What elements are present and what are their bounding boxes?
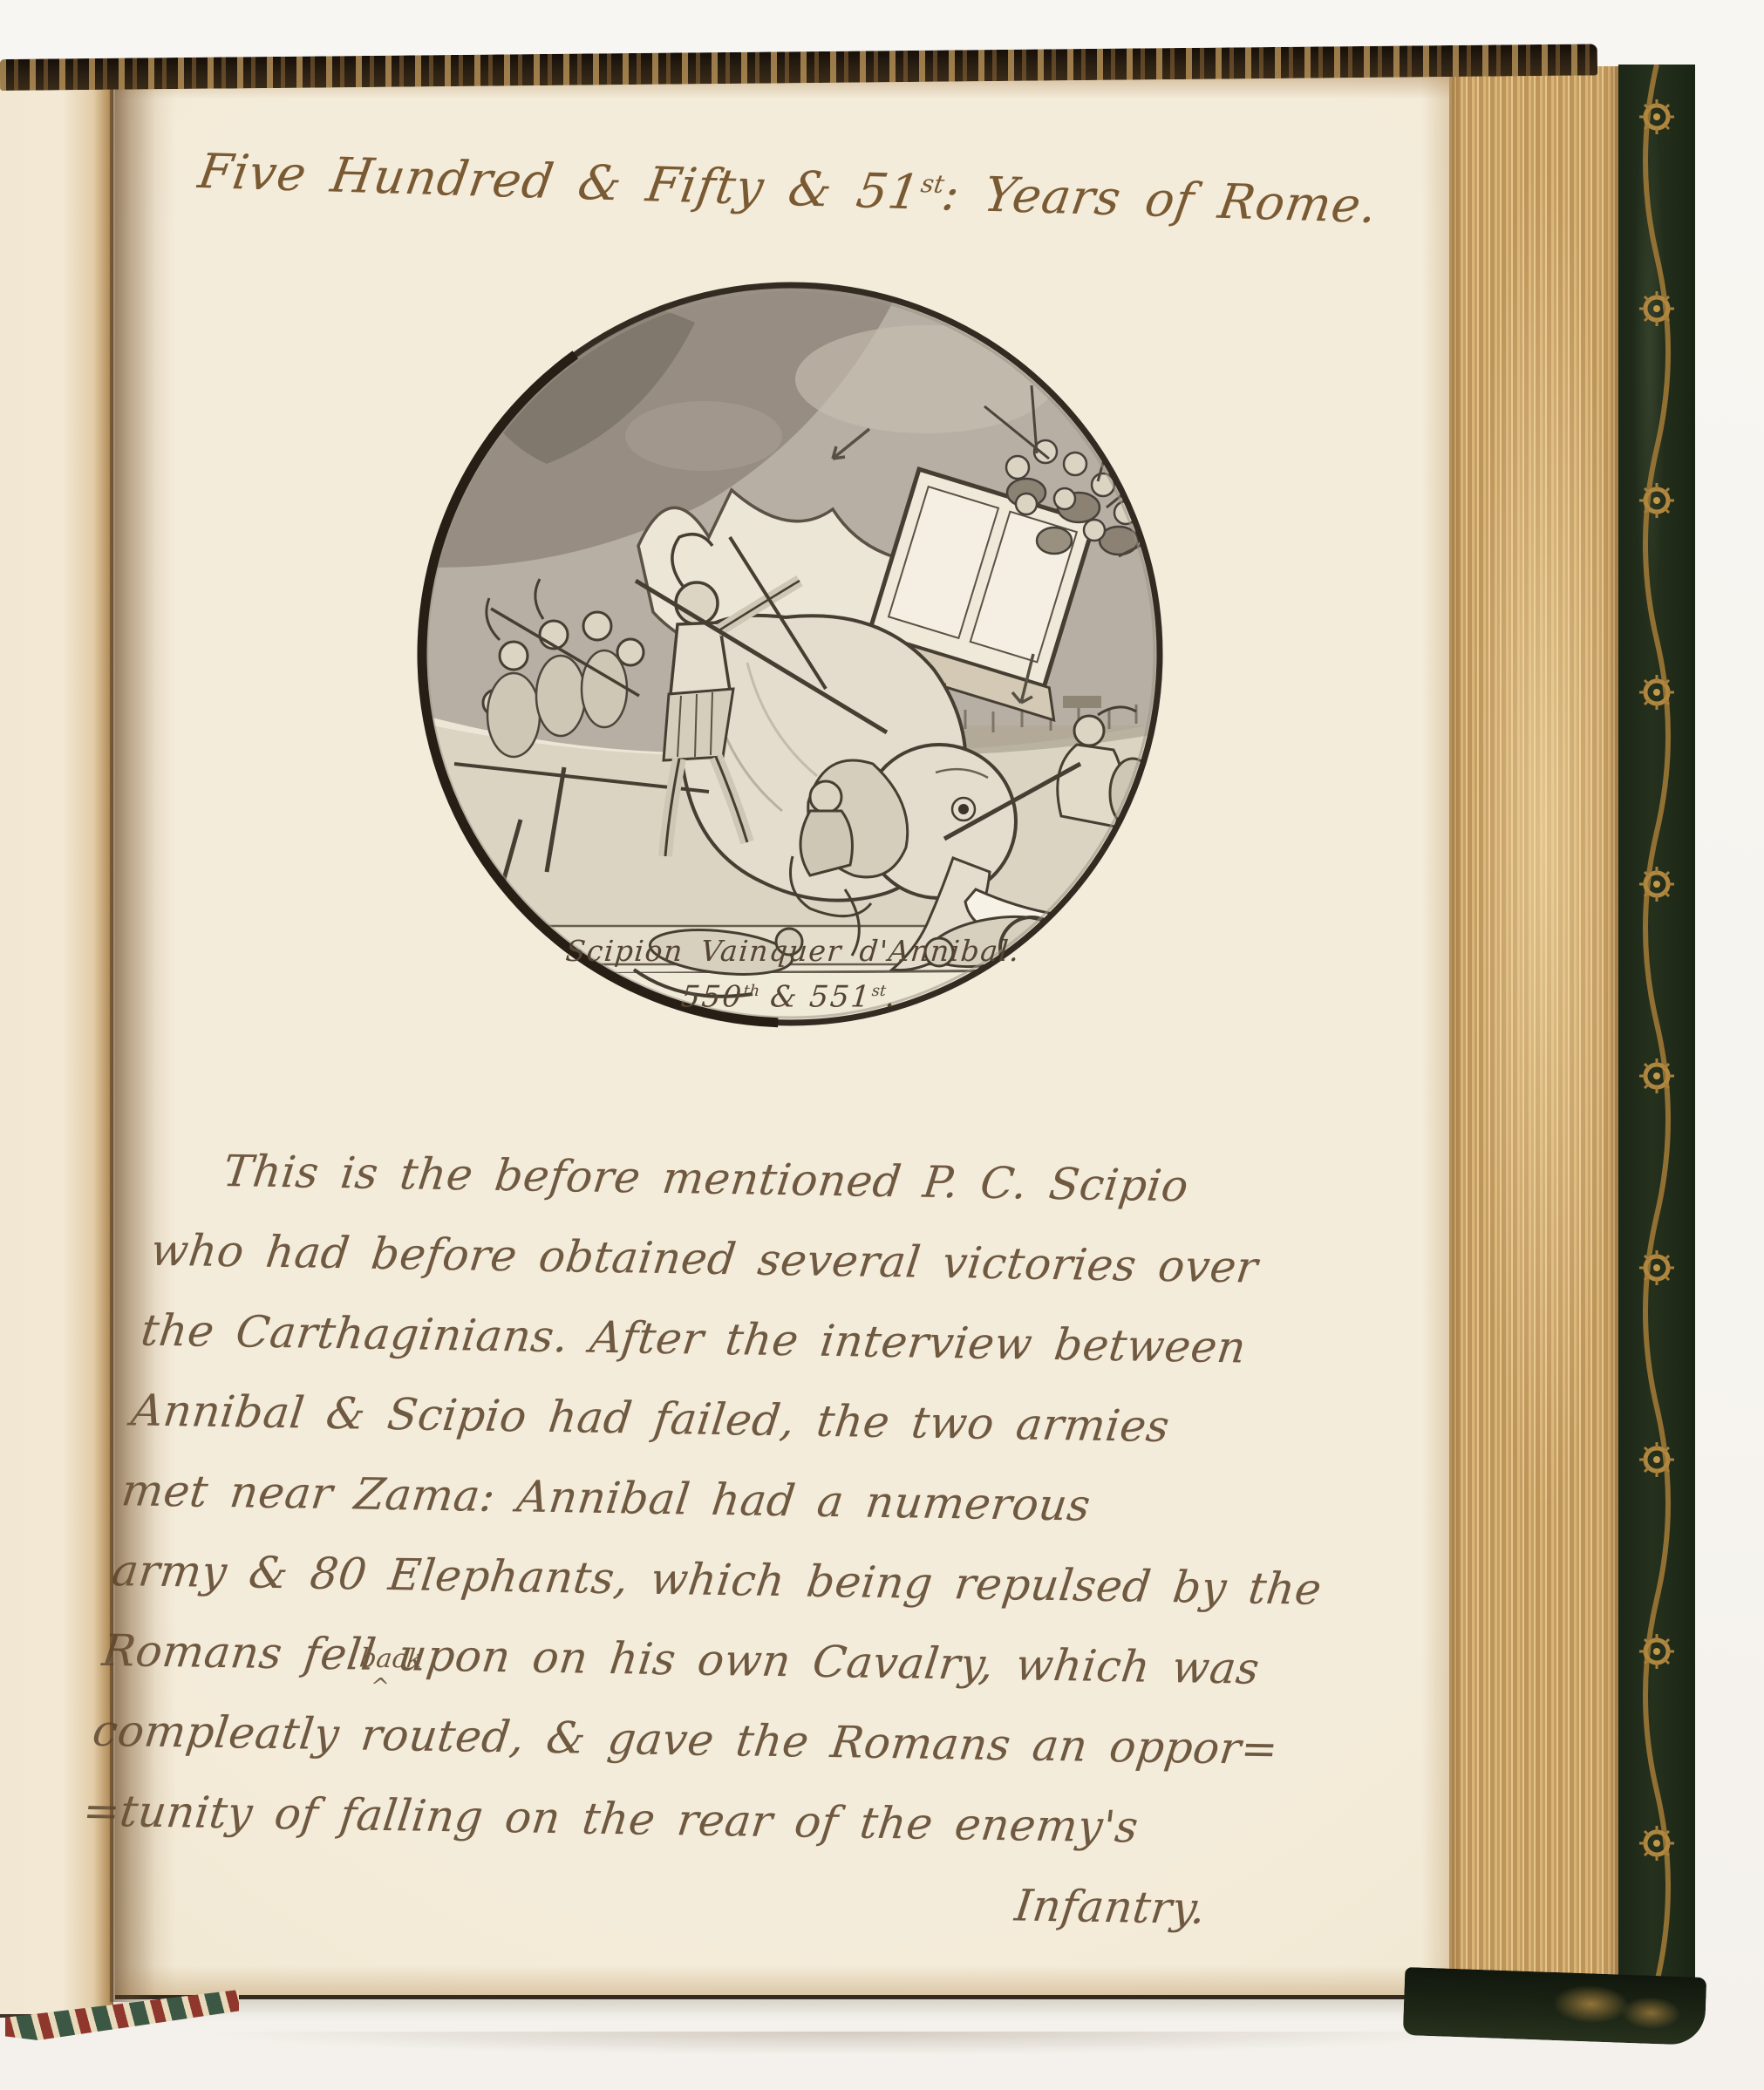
book-cover-bottom-corner [1403, 1967, 1707, 2046]
illustration-medallion: Scipion Vainquer d'Annibal. 550th & 551s… [416, 279, 1166, 1029]
manuscript-body-text: This is the before mentioned P. C. Scipi… [69, 1130, 1386, 1950]
book-cover-green [1618, 65, 1695, 2012]
caption-year-2-ordinal: st [871, 983, 887, 1000]
manuscript-page: Five Hundred & Fifty & 51st: Years of Ro… [115, 77, 1453, 1999]
caption-year-numbers: 550th & 551st. [412, 971, 1167, 1017]
caption-year-1: 550 [679, 979, 744, 1014]
caption-year-1-ordinal: th [743, 983, 760, 1000]
caption-period: . [884, 979, 898, 1014]
photo-of-open-book: Five Hundred & Fifty & 51st: Years of Ro… [0, 0, 1764, 2090]
book-drop-shadow [35, 2032, 1657, 2061]
illustration-caption: Scipion Vainquer d'Annibal. 550th & 551s… [412, 931, 1170, 1017]
caption-year-2: 551 [808, 979, 873, 1014]
page-title: Five Hundred & Fifty & 51st: Years of Ro… [194, 143, 1379, 234]
gilt-fore-edge [1449, 66, 1622, 1995]
text-segment: upon on his own Cavalry, which was [396, 1630, 1263, 1693]
title-text-prefix: Five Hundred & Fifty & 51 [194, 143, 923, 220]
title-text-suffix: : Years of Rome. [938, 165, 1381, 234]
caption-french-title: Scipion Vainquer d'Annibal. [416, 931, 1169, 971]
gutter-shadow [110, 70, 155, 2002]
battle-engraving [416, 279, 1166, 1029]
gilt-ornament-border [1618, 65, 1695, 2012]
caption-ampersand: & [758, 979, 811, 1014]
